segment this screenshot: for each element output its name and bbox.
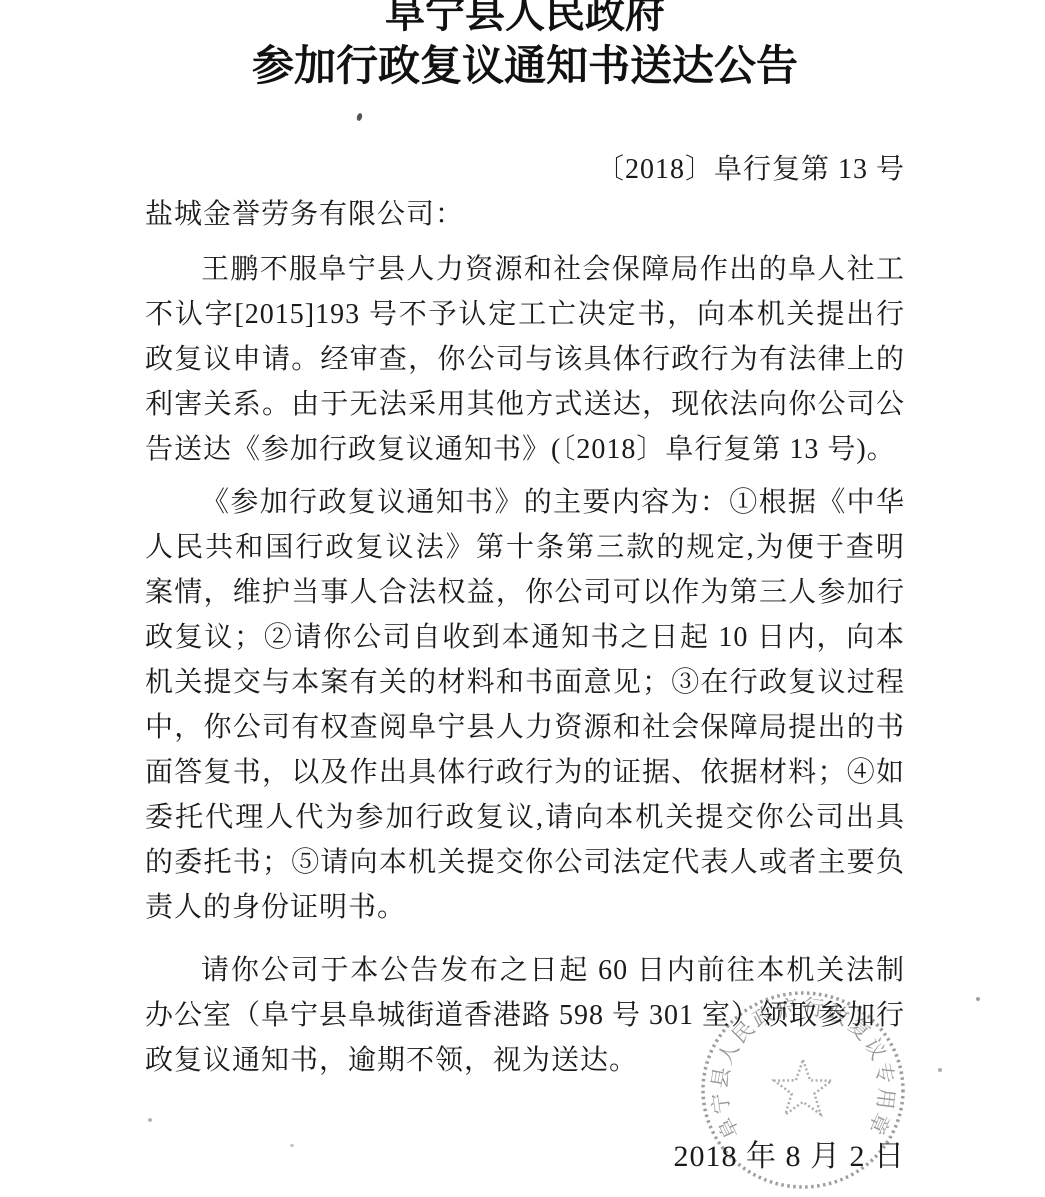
scan-speck: [938, 1068, 942, 1072]
document-number: 〔2018〕阜行复第 13 号: [145, 147, 905, 192]
page-title-line1: 阜宁县人民政府: [145, 0, 905, 38]
issue-date: 2018 年 8 月 2 日: [145, 1139, 905, 1175]
document-page: 阜宁县人民政府行政复议专用章 阜宁县人民政府 参加行政复议通知书送达公告 〔20…: [0, 0, 1045, 1197]
paragraph-1: 王鹏不服阜宁县人力资源和社会保障局作出的阜人社工不认字[2015]193 号不予…: [145, 247, 905, 472]
document-body: 阜宁县人民政府 参加行政复议通知书送达公告 〔2018〕阜行复第 13 号 盐城…: [145, 0, 905, 1175]
scan-speck: [976, 997, 980, 1001]
addressee: 盐城金誉劳务有限公司：: [145, 192, 905, 237]
paragraph-2: 《参加行政复议通知书》的主要内容为：①根据《中华人民共和国行政复议法》第十条第三…: [145, 480, 905, 930]
paragraph-3: 请你公司于本公告发布之日起 60 日内前往本机关法制办公室（阜宁县阜城街道香港路…: [145, 948, 905, 1083]
page-title-line2: 参加行政复议通知书送达公告: [145, 40, 905, 92]
